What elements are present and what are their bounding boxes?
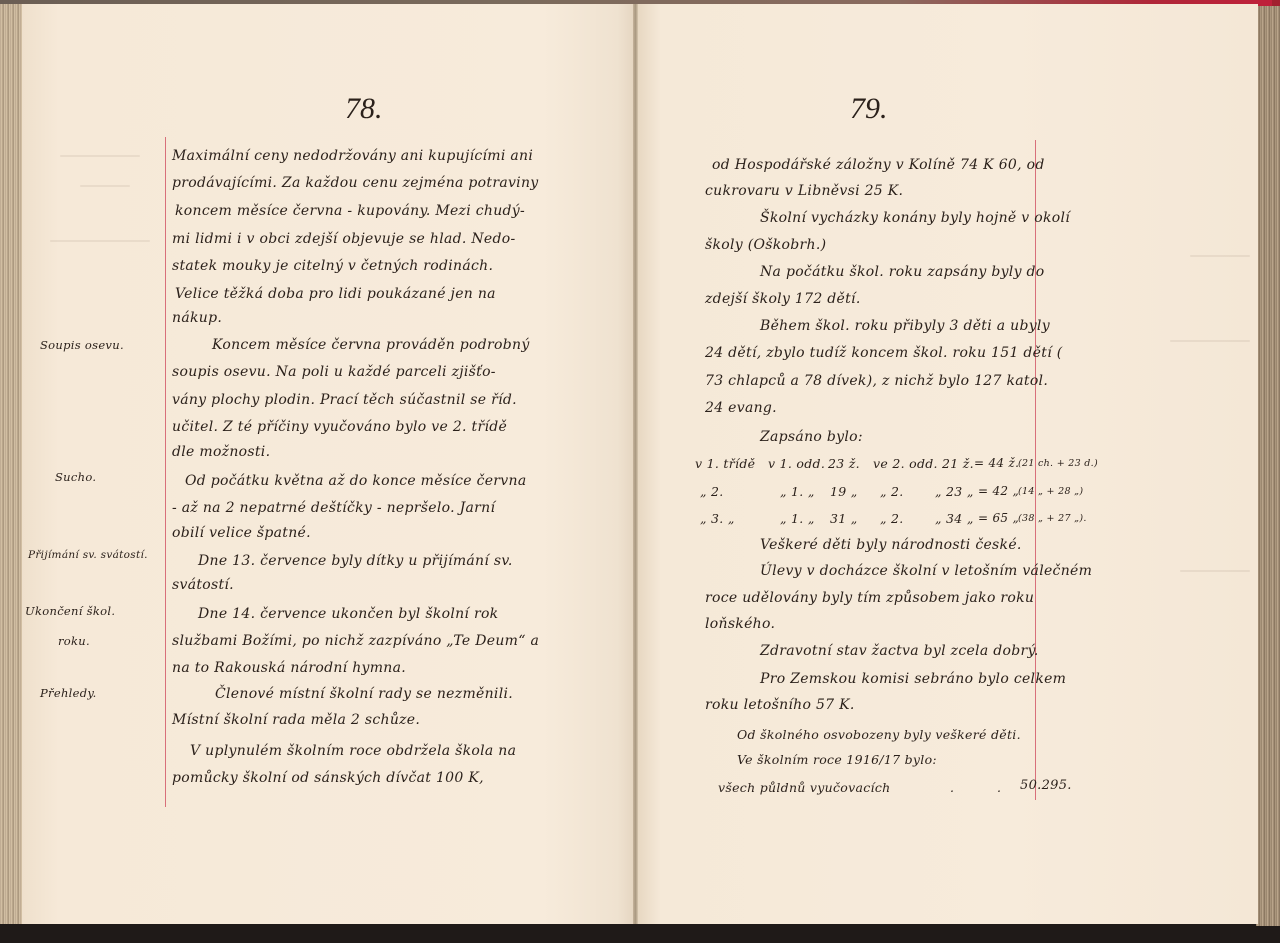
text-line: zdejší školy 172 dětí. xyxy=(705,291,861,307)
text-line: prodávajícími. Za každou cenu zejména po… xyxy=(172,175,538,191)
text-line: Členové místní školní rady se nezměnili. xyxy=(215,686,513,702)
text-line: všech půldnů vyučovacích xyxy=(718,780,891,795)
text-line: statek mouky je citelný v četných rodiná… xyxy=(172,258,493,274)
text-line: loňského. xyxy=(705,616,775,632)
cell-trida: „ 3. „ xyxy=(700,511,735,526)
text-line: učitel. Z té příčiny vyučováno bylo ve 2… xyxy=(172,419,507,435)
text-line: Školní vycházky konány byly hojně v okol… xyxy=(760,210,1070,226)
cell-odd2-label: „ 2. xyxy=(880,484,904,499)
cell-odd1-label: v 1. odd. xyxy=(768,456,825,471)
cell-trida: v 1. třídě xyxy=(695,456,755,471)
text-line: vány plochy plodin. Prací těch súčastnil… xyxy=(172,392,517,408)
left-page xyxy=(22,4,636,924)
text-line: Velice těžká doba pro lidi poukázané jen… xyxy=(175,286,496,302)
text-line: školy (Oškobrh.) xyxy=(705,237,826,253)
cell-odd1: 23 ž. xyxy=(828,456,860,471)
text-line: 73 chlapců a 78 dívek), z nichž bylo 127… xyxy=(705,373,1048,389)
text-line: soupis osevu. Na poli u každé parceli zj… xyxy=(172,364,496,380)
cell-total: = 42 „ xyxy=(978,484,1019,498)
text-line: Veškeré děti byly národnosti české. xyxy=(760,537,1022,553)
text-line: obilí velice špatné. xyxy=(172,525,311,541)
text-line: - až na 2 nepatrné deštíčky - nepršelo. … xyxy=(172,500,495,516)
page-number-right: 79. xyxy=(850,92,888,126)
cell-odd1: 19 „ xyxy=(830,484,858,499)
text-line: roku letošního 57 K. xyxy=(705,697,855,713)
text-line: cukrovaru v Libněvsi 25 K. xyxy=(705,183,903,199)
margin-rule-left xyxy=(165,137,166,807)
bleed-through xyxy=(50,240,150,242)
text-line: Od počátku května až do konce měsíce čer… xyxy=(185,473,526,489)
text-line: Zapsáno bylo: xyxy=(760,429,863,445)
cell-odd1: 31 „ xyxy=(830,511,858,526)
bleed-through xyxy=(1180,570,1250,572)
margin-note: roku. xyxy=(58,634,90,648)
text-line: Maximální ceny nedodržovány ani kupující… xyxy=(172,148,533,164)
text-line: Úlevy v docházce školní v letošním váleč… xyxy=(760,563,1092,579)
text-line: Na počátku škol. roku zapsány byly do xyxy=(760,264,1045,280)
text-line: 24 dětí, zbylo tudíž koncem škol. roku 1… xyxy=(705,345,1063,361)
text-line: Ve školním roce 1916/17 bylo: xyxy=(737,752,937,767)
text-line: Pro Zemskou komisi sebráno bylo celkem xyxy=(760,671,1066,687)
text-line: službami Božími, po nichž zazpíváno „Te … xyxy=(172,633,539,649)
cell-odd2: 21 ž. xyxy=(942,456,974,471)
text-line: od Hospodářské záložny v Kolíně 74 K 60,… xyxy=(712,157,1045,173)
cell-total: = 65 „ xyxy=(978,511,1019,525)
page-number-left: 78. xyxy=(345,92,383,126)
half-days-dots: . . xyxy=(950,780,1001,795)
page-stack-left xyxy=(0,4,24,924)
text-line: roce udělovány byly tím způsobem jako ro… xyxy=(705,590,1034,606)
text-line: mi lidmi i v obci zdejší objevuje se hla… xyxy=(172,231,516,247)
cell-odd2: „ 34 „ xyxy=(935,511,974,526)
text-line: Dne 13. července byly dítky u přijímání … xyxy=(198,553,513,569)
text-line: dle možnosti. xyxy=(172,444,270,460)
bleed-through xyxy=(1190,255,1250,257)
half-days-value: 50.295. xyxy=(1020,778,1072,793)
text-line: 24 evang. xyxy=(705,400,777,416)
cell-split: (38 „ + 27 „). xyxy=(1018,513,1087,524)
bleed-through xyxy=(60,155,140,157)
cell-odd2-label: „ 2. xyxy=(880,511,904,526)
text-line: koncem měsíce června - kupovány. Mezi ch… xyxy=(175,203,525,219)
text-line: svátostí. xyxy=(172,577,234,593)
text-line: Zdravotní stav žactva byl zcela dobrý. xyxy=(760,643,1039,659)
text-line: Během škol. roku přibyly 3 děti a ubyly xyxy=(760,318,1050,334)
text-line: V uplynulém školním roce obdržela škola … xyxy=(190,743,516,759)
margin-note: Přijímání sv. svátostí. xyxy=(28,549,148,561)
page-stack-right xyxy=(1256,6,1280,926)
cell-split: (21 ch. + 23 d.) xyxy=(1018,458,1098,469)
bleed-through xyxy=(80,185,130,187)
bleed-through xyxy=(1170,340,1250,342)
cell-odd2: „ 23 „ xyxy=(935,484,974,499)
text-line: Místní školní rada měla 2 schůze. xyxy=(172,712,420,728)
cell-odd1-label: „ 1. „ xyxy=(780,511,815,526)
text-line: Koncem měsíce června prováděn podrobný xyxy=(212,337,530,353)
margin-note: Soupis osevu. xyxy=(40,338,124,352)
cell-odd1-label: „ 1. „ xyxy=(780,484,815,499)
margin-note: Přehledy. xyxy=(40,686,97,700)
margin-note: Sucho. xyxy=(55,470,96,484)
cell-split: (14 „ + 28 „) xyxy=(1018,486,1083,497)
cell-trida: „ 2. xyxy=(700,484,724,499)
text-line: na to Rakouská národní hymna. xyxy=(172,660,406,676)
margin-note: Ukončení škol. xyxy=(25,604,115,618)
cell-total: = 44 ž. xyxy=(974,456,1019,470)
text-line: Dne 14. července ukončen byl školní rok xyxy=(198,606,498,622)
book-gutter xyxy=(633,4,638,924)
text-line: Od školného osvobozeny byly veškeré děti… xyxy=(737,727,1021,742)
text-line: pomůcky školní od sánských dívčat 100 K, xyxy=(172,770,484,786)
cell-odd2-label: ve 2. odd. xyxy=(873,456,938,471)
text-line: nákup. xyxy=(172,310,222,326)
margin-rule-right xyxy=(1035,140,1036,800)
